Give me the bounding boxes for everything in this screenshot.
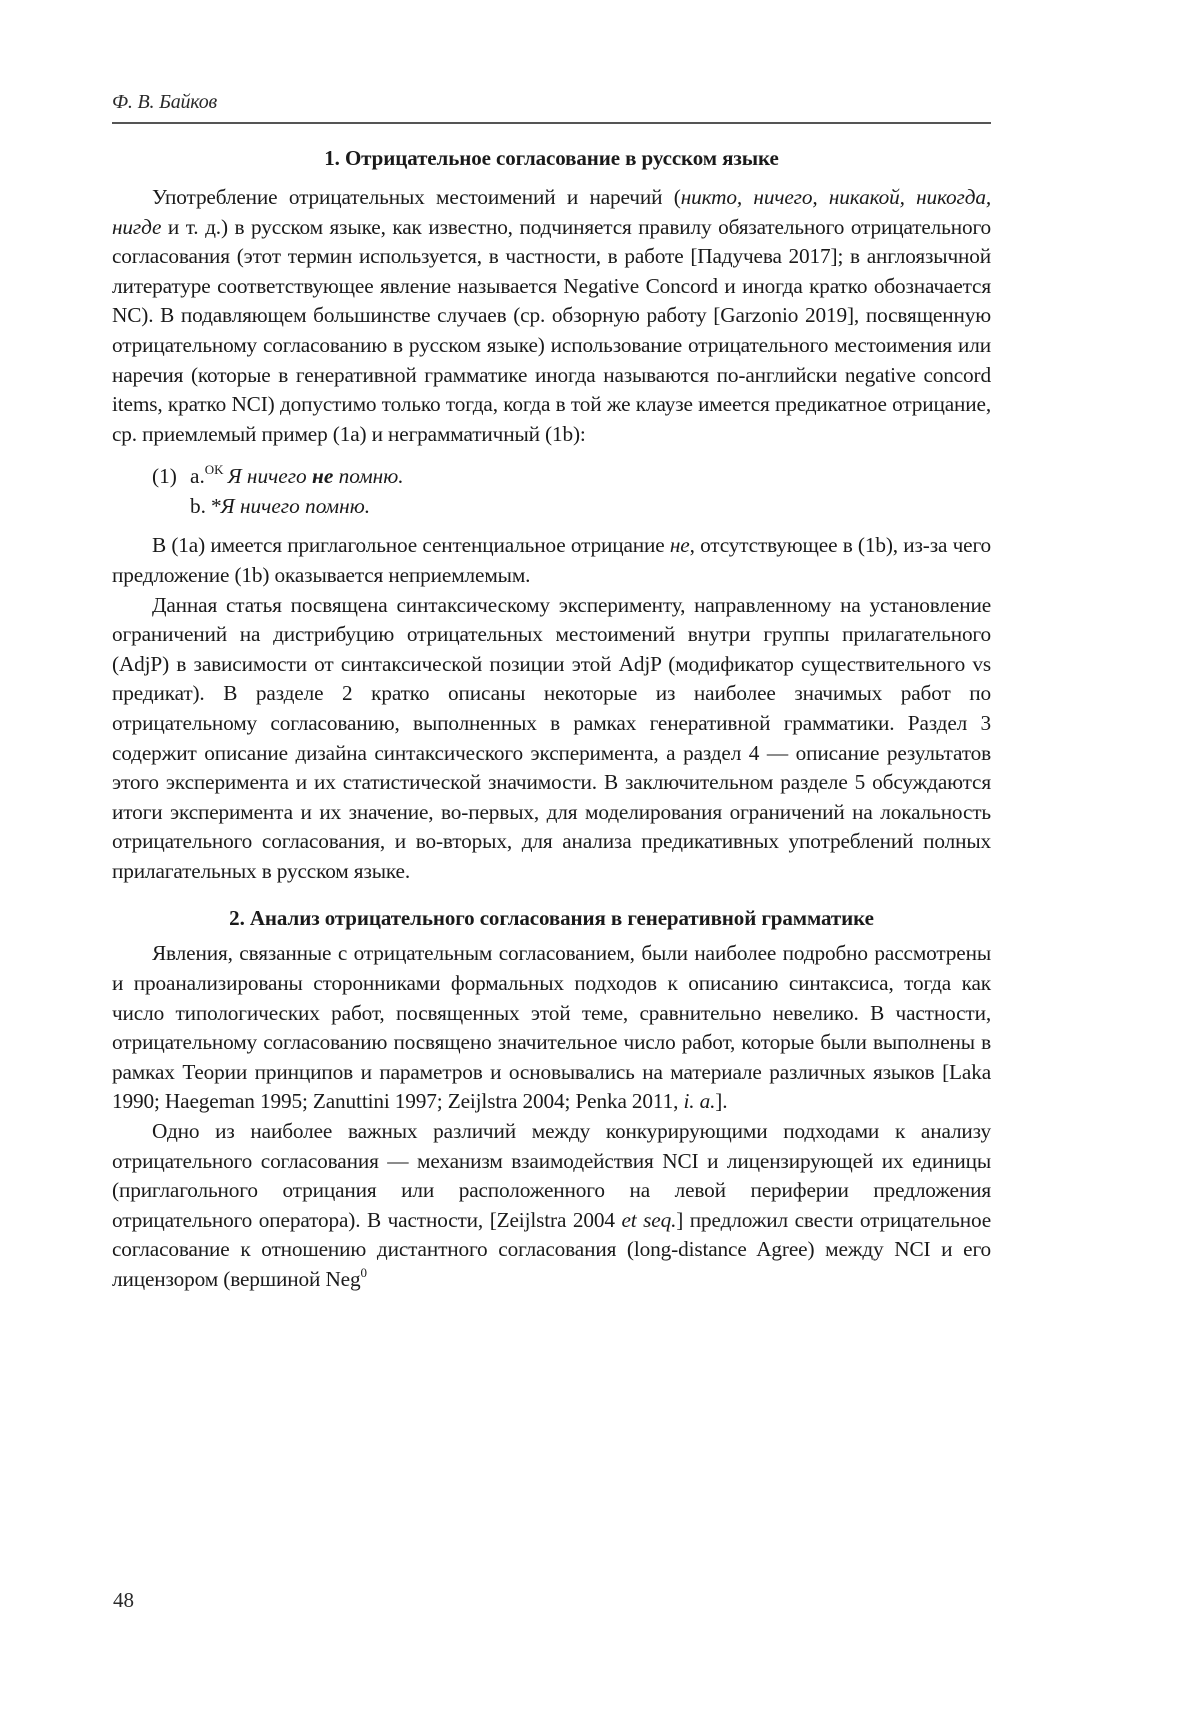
section-2-paragraph-2: Одно из наиболее важных различий между к… — [112, 1117, 991, 1295]
section-2-paragraph-1: Явления, связанные с отрицательным согла… — [112, 939, 991, 1117]
section-1-paragraph-1: Употребление отрицательных местоимений и… — [112, 183, 991, 449]
example-number: (1) — [152, 461, 190, 491]
example-letter-b: b. — [190, 491, 206, 521]
italic-inter-alia: i. a. — [683, 1089, 715, 1113]
example-1b: b. *Я ничего помню. — [152, 491, 991, 521]
italic-ne: не — [670, 533, 690, 557]
text-run: помню. — [333, 464, 403, 488]
example-1: (1) a.OK Я ничего не помню. b. *Я ничего… — [152, 461, 991, 521]
text-run: и т. д.) в русском языке, как известно, … — [112, 215, 991, 446]
section-1-title: 1. Отрицательное согласование в русском … — [112, 144, 991, 173]
section-1-paragraph-3: Данная статья посвящена синтаксическому … — [112, 591, 991, 887]
example-1a: (1) a.OK Я ничего не помню. — [152, 461, 991, 491]
running-head-author: Ф. В. Байков — [112, 88, 991, 118]
text-run: В (1a) имеется приглагольное сентенциаль… — [152, 533, 670, 557]
letter: a. — [190, 464, 205, 488]
text-run: Явления, связанные с отрицательным согла… — [112, 941, 991, 1113]
example-1a-sentence: Я ничего не помню. — [228, 461, 404, 491]
header-rule — [112, 122, 991, 124]
acceptability-mark: OK — [205, 462, 224, 477]
negation-bold: не — [312, 464, 333, 488]
page: Ф. В. Байков 1. Отрицательное согласован… — [112, 88, 991, 1295]
example-1b-sentence: *Я ничего помню. — [210, 491, 370, 521]
section-2-title: 2. Анализ отрицательного согласования в … — [112, 904, 991, 933]
text-run: Я ничего — [228, 464, 312, 488]
text-run: Употребление отрицательных местоимений и… — [152, 185, 681, 209]
example-letter-a: a.OK — [190, 461, 224, 491]
superscript-zero: 0 — [360, 1265, 366, 1280]
text-run: ]. — [715, 1089, 727, 1113]
section-1-paragraph-2: В (1a) имеется приглагольное сентенциаль… — [112, 531, 991, 590]
italic-et-seq: et seq. — [621, 1208, 676, 1232]
page-number: 48 — [113, 1588, 134, 1613]
